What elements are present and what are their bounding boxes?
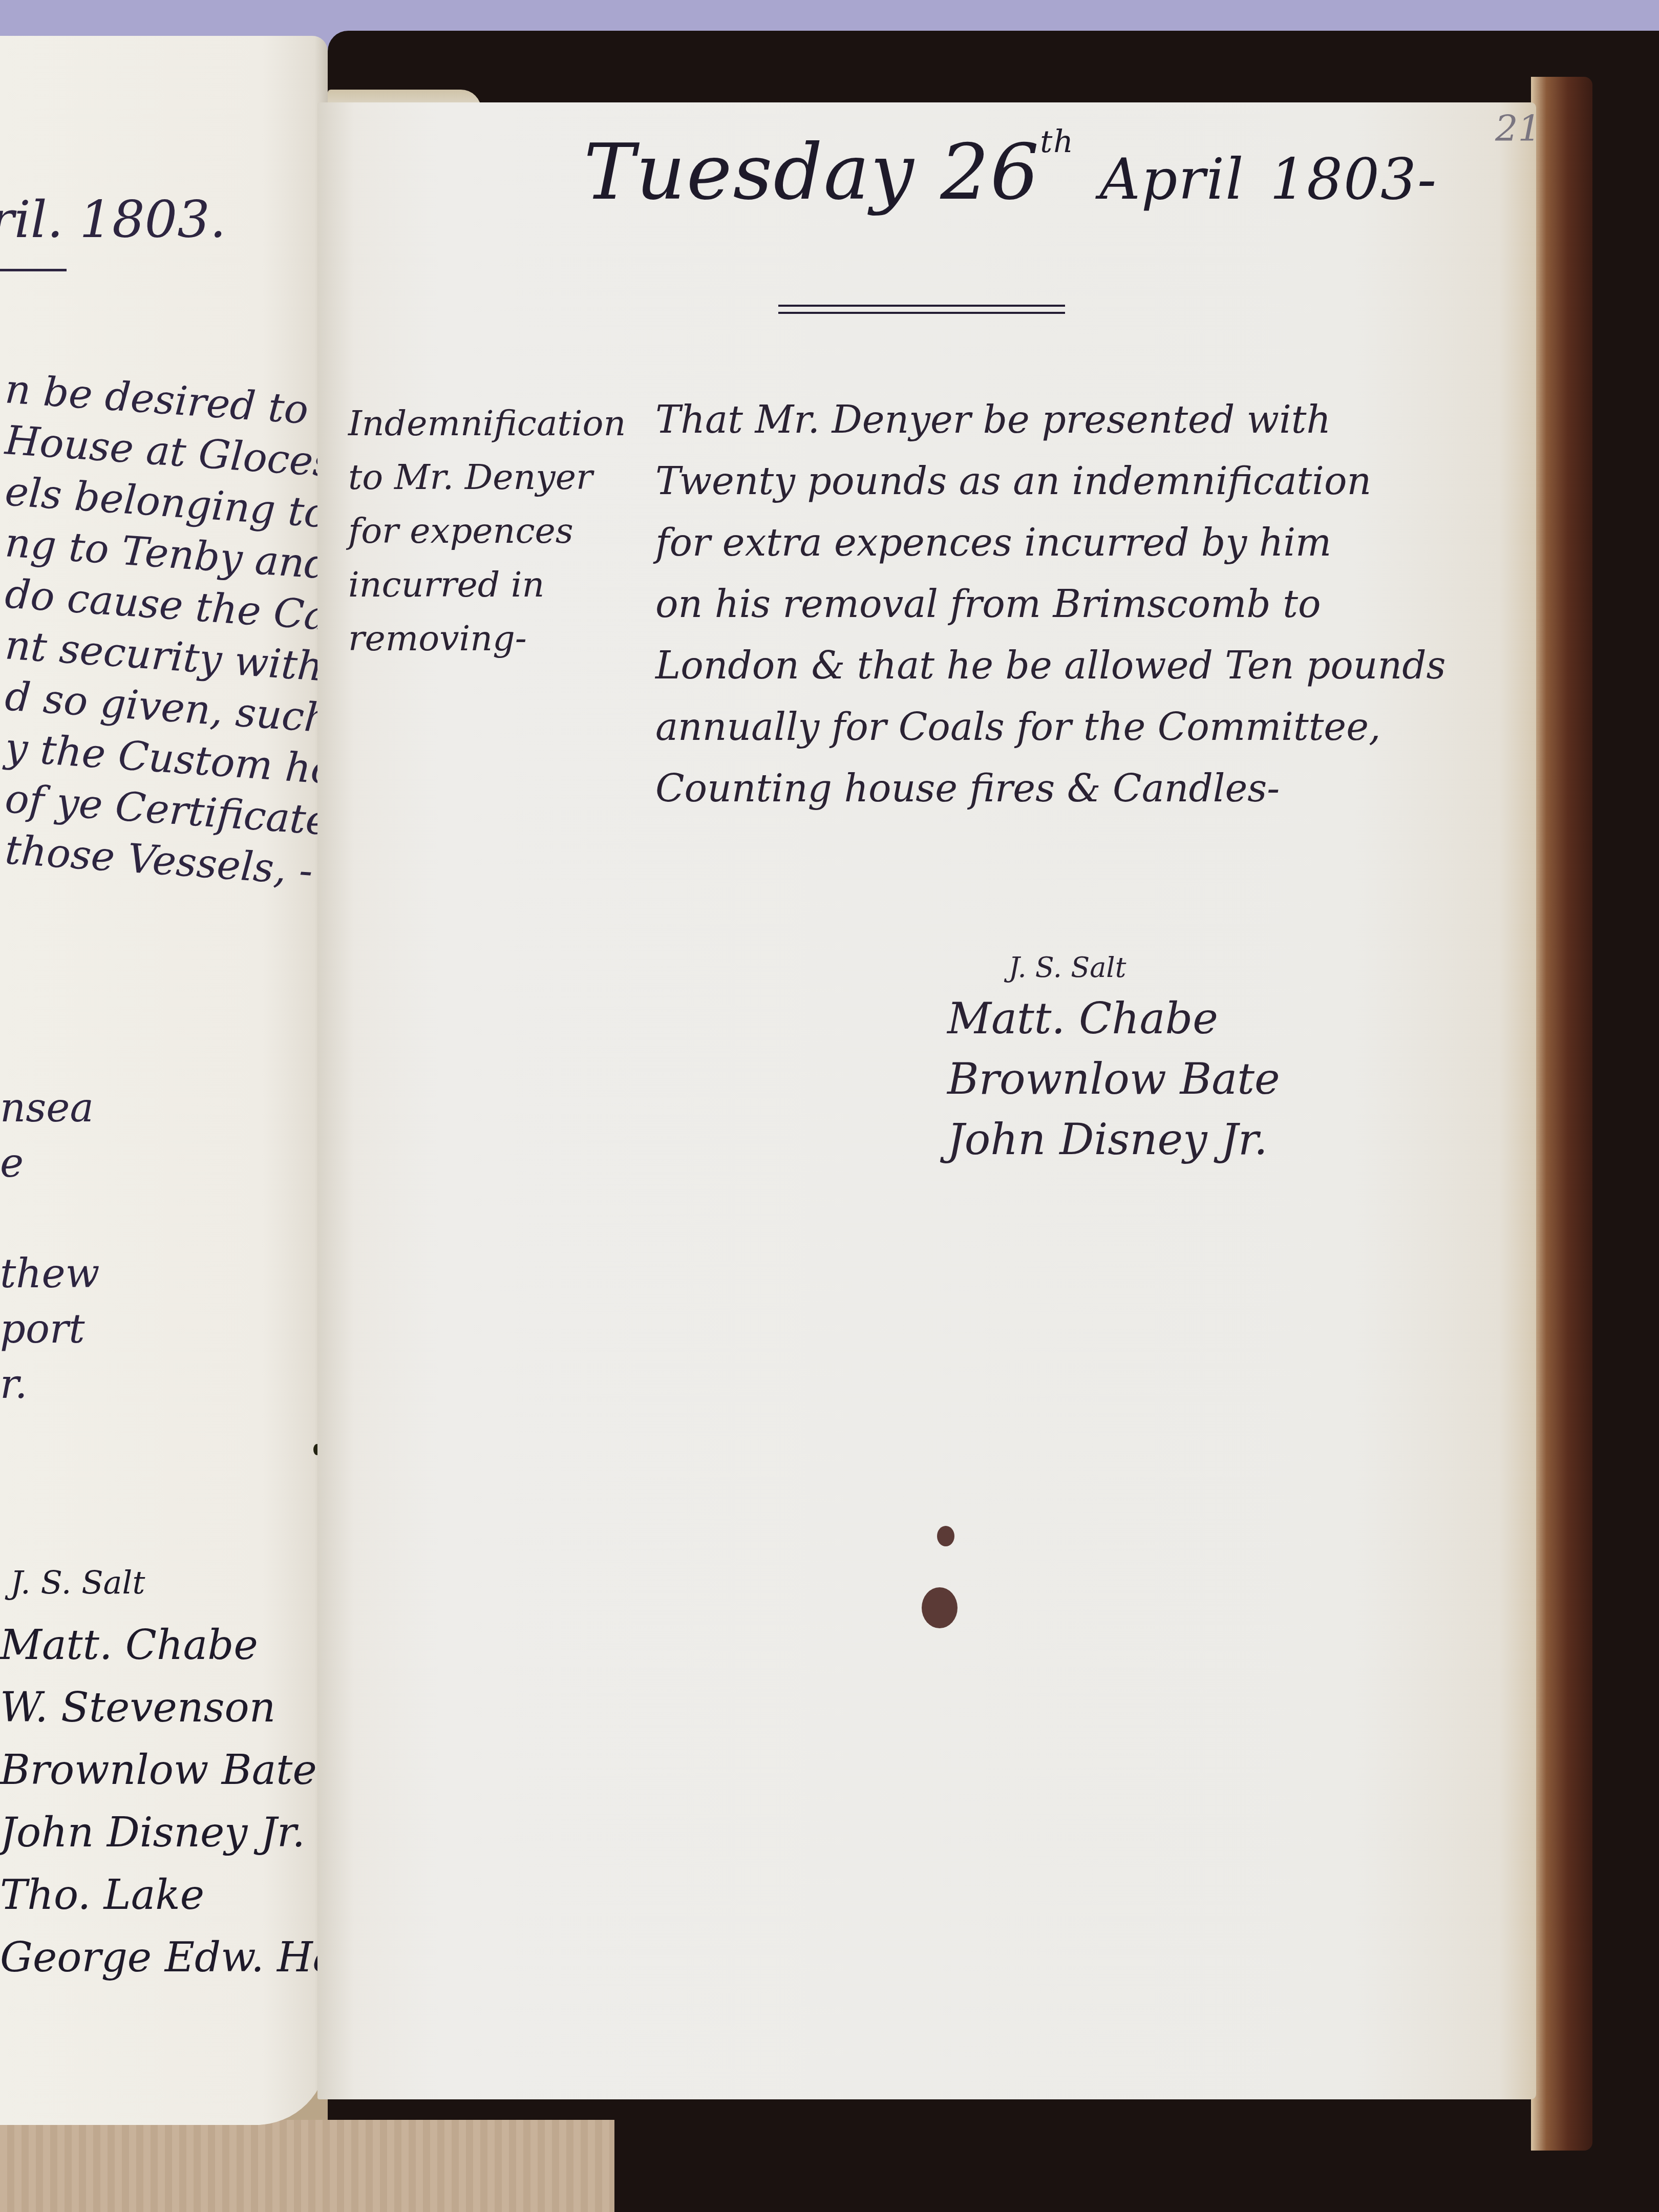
resolution-line: That Mr. Denyer be presented with xyxy=(655,389,1526,451)
resolution-line: on his removal from Brimscomb to xyxy=(655,573,1526,635)
signature: George Edw. Hales xyxy=(0,1926,328,1989)
resolution-line: annually for Coals for the Committee, xyxy=(655,696,1526,758)
ink-blot xyxy=(922,1587,958,1628)
margin-note: Indemnification to Mr. Denyer for expenc… xyxy=(348,397,655,666)
page-heading-date: Tuesday 26th April 1803- xyxy=(584,128,1437,217)
right-page: 217 Tuesday 26th April 1803- Indemnifica… xyxy=(317,102,1536,2099)
left-page: ril. 1803. n be desired to gi House at G… xyxy=(0,36,328,2125)
signature-block: J. S. Salt Matt. Chabe Brownlow Bate Joh… xyxy=(947,947,1459,1169)
signature: Brownlow Bate xyxy=(0,1739,328,1801)
left-page-signatures: J. S. Salt Matt. Chabe W. Stevenson Brow… xyxy=(0,1551,328,1989)
margin-note-line: incurred in xyxy=(348,558,655,612)
resolution-line: Twenty pounds as an indemnification xyxy=(655,451,1526,512)
signature: John Disney Jr. xyxy=(947,1109,1459,1169)
left-page-place-list: nsea e thew port r. xyxy=(0,1080,100,1412)
signature: J. S. Salt xyxy=(0,1551,328,1614)
signature: Brownlow Bate xyxy=(947,1049,1459,1109)
resolution-line: for extra expences incurred by him xyxy=(655,512,1526,573)
margin-note-line: to Mr. Denyer xyxy=(348,451,655,504)
signature: J. S. Salt xyxy=(947,947,1459,988)
ink-blot xyxy=(937,1526,954,1546)
heading-ordinal: th xyxy=(1040,124,1074,160)
place-line: port xyxy=(0,1302,100,1357)
resolution-line: Counting house fires & Candles- xyxy=(655,758,1526,819)
heading-year: 1803- xyxy=(1270,146,1437,212)
signature: John Disney Jr. xyxy=(0,1801,328,1864)
margin-note-line: Indemnification xyxy=(348,397,655,451)
place-line: e xyxy=(0,1136,100,1191)
resolution-text: That Mr. Denyer be presented with Twenty… xyxy=(655,389,1526,819)
left-header-rule xyxy=(0,269,67,271)
place-line: nsea xyxy=(0,1080,100,1136)
margin-note-line: removing- xyxy=(348,612,655,666)
heading-weekday: Tuesday xyxy=(584,128,915,217)
place-line: thew xyxy=(0,1246,100,1302)
page-number: 217 xyxy=(1495,108,1536,150)
heading-day: 26 xyxy=(940,128,1040,217)
place-line xyxy=(0,1191,100,1246)
heading-double-rule xyxy=(778,305,1065,314)
book-cover-edge xyxy=(1531,77,1592,2151)
signature: Matt. Chabe xyxy=(0,1614,328,1676)
heading-month: April xyxy=(1100,146,1245,212)
left-page-text: n be desired to gi House at Glocest els … xyxy=(5,364,328,876)
signature: Tho. Lake xyxy=(0,1864,328,1926)
signature: W. Stevenson xyxy=(0,1676,328,1739)
wooden-floor xyxy=(0,2120,614,2212)
signature: Matt. Chabe xyxy=(947,988,1459,1049)
show-through-text: ​ xyxy=(430,1178,1045,1792)
resolution-line: London & that he be allowed Ten pounds xyxy=(655,635,1526,696)
margin-note-line: for expences xyxy=(348,504,655,558)
left-page-header: ril. 1803. xyxy=(0,189,226,249)
place-line: r. xyxy=(0,1357,100,1412)
